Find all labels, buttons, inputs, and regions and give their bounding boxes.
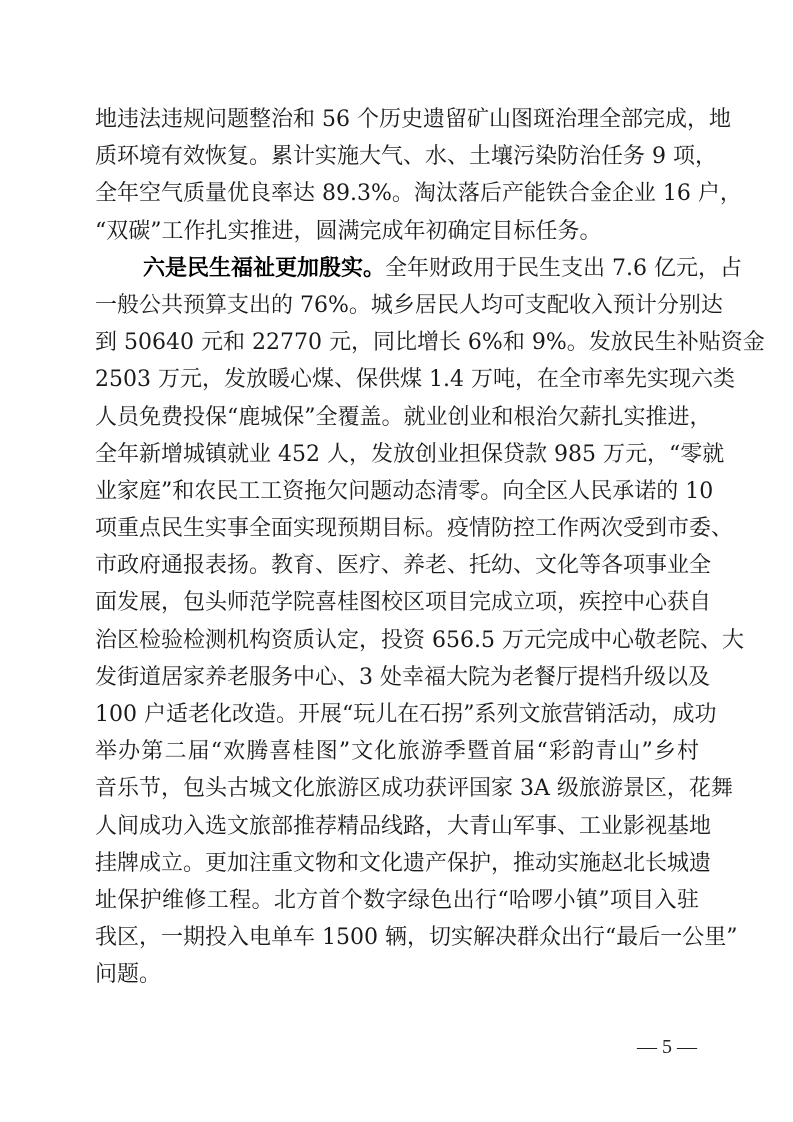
text-line: 人间成功入选文旅部推荐精品线路，大青山军事、工业影视基地	[95, 808, 699, 845]
text-line: 一般公共预算支出的 76%。城乡居民人均可支配收入预计分别达	[95, 287, 699, 324]
text-line: 质环境有效恢复。累计实施大气、水、土壤污染防治任务 9 项，	[95, 138, 699, 175]
text-line: 址保护维修工程。北方首个数字绿色出行“哈啰小镇”项目入驻	[95, 882, 699, 919]
page-number: — 5 —	[632, 1036, 702, 1059]
text-line: 我区，一期投入电单车 1500 辆，切实解决群众出行“最后一公里”	[95, 919, 699, 956]
text-line: “双碳”工作扎实推进，圆满完成年初确定目标任务。	[95, 213, 699, 250]
text-line: 挂牌成立。更加注重文物和文化遗产保护，推动实施赵北长城遗	[95, 845, 699, 882]
text-line: 问题。	[95, 956, 699, 993]
document-body: 地违法违规问题整治和 56 个历史遗留矿山图斑治理全部完成，地 质环境有效恢复。…	[95, 101, 699, 994]
section-heading: 六是民生福祉更加殷实。	[143, 255, 385, 281]
text-line: 项重点民生实事全面实现预期目标。疫情防控工作两次受到市委、	[95, 510, 699, 547]
paragraph-continued: 地违法违规问题整治和 56 个历史遗留矿山图斑治理全部完成，地 质环境有效恢复。…	[95, 101, 699, 250]
text-line: 2503 万元，发放暖心煤、保供煤 1.4 万吨，在全市率先实现六类	[95, 361, 699, 398]
text-line: 音乐节，包头古城文化旅游区成功获评国家 3A 级旅游景区，花舞	[95, 770, 699, 807]
text-line: 市政府通报表扬。教育、医疗、养老、托幼、文化等各项事业全	[95, 547, 699, 584]
text-line: 人员免费投保“鹿城保”全覆盖。就业创业和根治欠薪扎实推进，	[95, 399, 699, 436]
text-line: 面发展，包头师范学院喜桂图校区项目完成立项，疾控中心获自	[95, 584, 699, 621]
text-line: 地违法违规问题整治和 56 个历史遗留矿山图斑治理全部完成，地	[95, 101, 699, 138]
text-run: 全年财政用于民生支出 7.6 亿元，占	[385, 256, 742, 281]
text-line: 治区检验检测机构资质认定，投资 656.5 万元完成中心敬老院、大	[95, 622, 699, 659]
text-line: 100 户适老化改造。开展“玩儿在石拐”系列文旅营销活动，成功	[95, 696, 699, 733]
text-line: 全年新增城镇就业 452 人，发放创业担保贷款 985 万元，“零就	[95, 436, 699, 473]
text-line: 举办第二届“欢腾喜桂图”文化旅游季暨首届“彩韵青山”乡村	[95, 733, 699, 770]
paragraph-first-line: 六是民生福祉更加殷实。全年财政用于民生支出 7.6 亿元，占	[95, 250, 699, 287]
text-line: 到 50640 元和 22770 元，同比增长 6%和 9%。发放民生补贴资金	[95, 324, 699, 361]
text-line: 全年空气质量优良率达 89.3%。淘汰落后产能铁合金企业 16 户，	[95, 175, 699, 212]
paragraph-livelihood: 六是民生福祉更加殷实。全年财政用于民生支出 7.6 亿元，占 一般公共预算支出的…	[95, 250, 699, 994]
text-line: 发街道居家养老服务中心、3 处幸福大院为老餐厅提档升级以及	[95, 659, 699, 696]
text-line: 业家庭”和农民工工资拖欠问题动态清零。向全区人民承诺的 10	[95, 473, 699, 510]
